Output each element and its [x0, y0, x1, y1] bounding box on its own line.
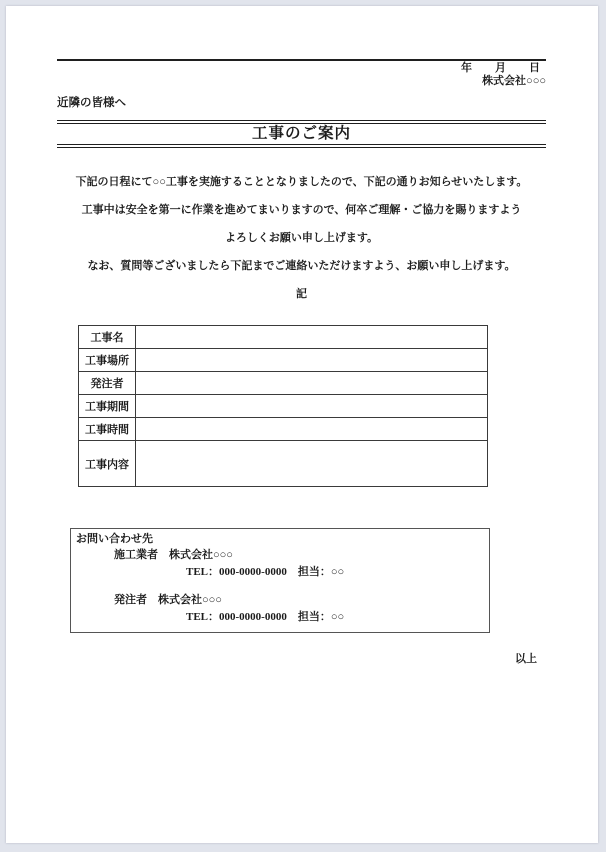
body-paragraphs: 下記の日程にて○○工事を実施することとなりましたので、下記の通りお知らせいたしま…: [57, 168, 546, 280]
table-row: 発注者: [79, 372, 488, 395]
row-label: 工事時間: [79, 418, 136, 441]
document-page: 年 月 日 株式会社○○○ 近隣の皆様へ 工事のご案内 下記の日程にて○○工事を…: [6, 6, 598, 843]
closing-marker: 以上: [57, 653, 546, 666]
ki-marker: 記: [57, 280, 546, 308]
sender-company: 株式会社○○○: [57, 75, 546, 88]
row-value-cell: [136, 349, 488, 372]
row-label: 工事期間: [79, 395, 136, 418]
table-row: 工事名: [79, 326, 488, 349]
contractor-tel: TEL：000-0000-0000 担当：○○: [71, 564, 489, 581]
title-banner: 工事のご案内: [57, 120, 546, 148]
body-paragraph: 下記の日程にて○○工事を実施することとなりましたので、下記の通りお知らせいたしま…: [57, 168, 546, 196]
contact-box: お問い合わせ先 施工業者 株式会社○○○ TEL：000-0000-0000 担…: [70, 528, 490, 633]
body-paragraph: 工事中は安全を第一に作業を進めてまいりますので、何卒ご理解・ご協力を賜りますよう: [57, 196, 546, 224]
row-label: 工事名: [79, 326, 136, 349]
recipient-line: 近隣の皆様へ: [57, 97, 546, 110]
contact-spacer: [71, 581, 489, 592]
header-rule: [57, 59, 546, 61]
orderer-line: 発注者 株式会社○○○: [71, 592, 489, 609]
document-title: 工事のご案内: [57, 123, 546, 145]
sender-block: 年 月 日 株式会社○○○: [57, 62, 546, 88]
contact-heading: お問い合わせ先: [71, 531, 489, 547]
contractor-line: 施工業者 株式会社○○○: [71, 547, 489, 564]
body-paragraph: よろしくお願い申し上げます。: [57, 224, 546, 252]
date-line: 年 月 日: [57, 62, 546, 75]
row-value-cell: [136, 326, 488, 349]
row-label: 工事場所: [79, 349, 136, 372]
row-value-cell: [136, 418, 488, 441]
row-value-cell: [136, 441, 488, 487]
row-label: 工事内容: [79, 441, 136, 487]
row-value-cell: [136, 395, 488, 418]
table-row: 工事内容: [79, 441, 488, 487]
row-value-cell: [136, 372, 488, 395]
table-row: 工事期間: [79, 395, 488, 418]
orderer-tel: TEL：000-0000-0000 担当：○○: [71, 609, 489, 626]
works-detail-table: 工事名 工事場所 発注者 工事期間 工事時間 工事内容: [78, 325, 488, 487]
table-row: 工事時間: [79, 418, 488, 441]
table-row: 工事場所: [79, 349, 488, 372]
body-paragraph: なお、質問等ございましたら下記までご連絡いただけますよう、お願い申し上げます。: [57, 252, 546, 280]
row-label: 発注者: [79, 372, 136, 395]
